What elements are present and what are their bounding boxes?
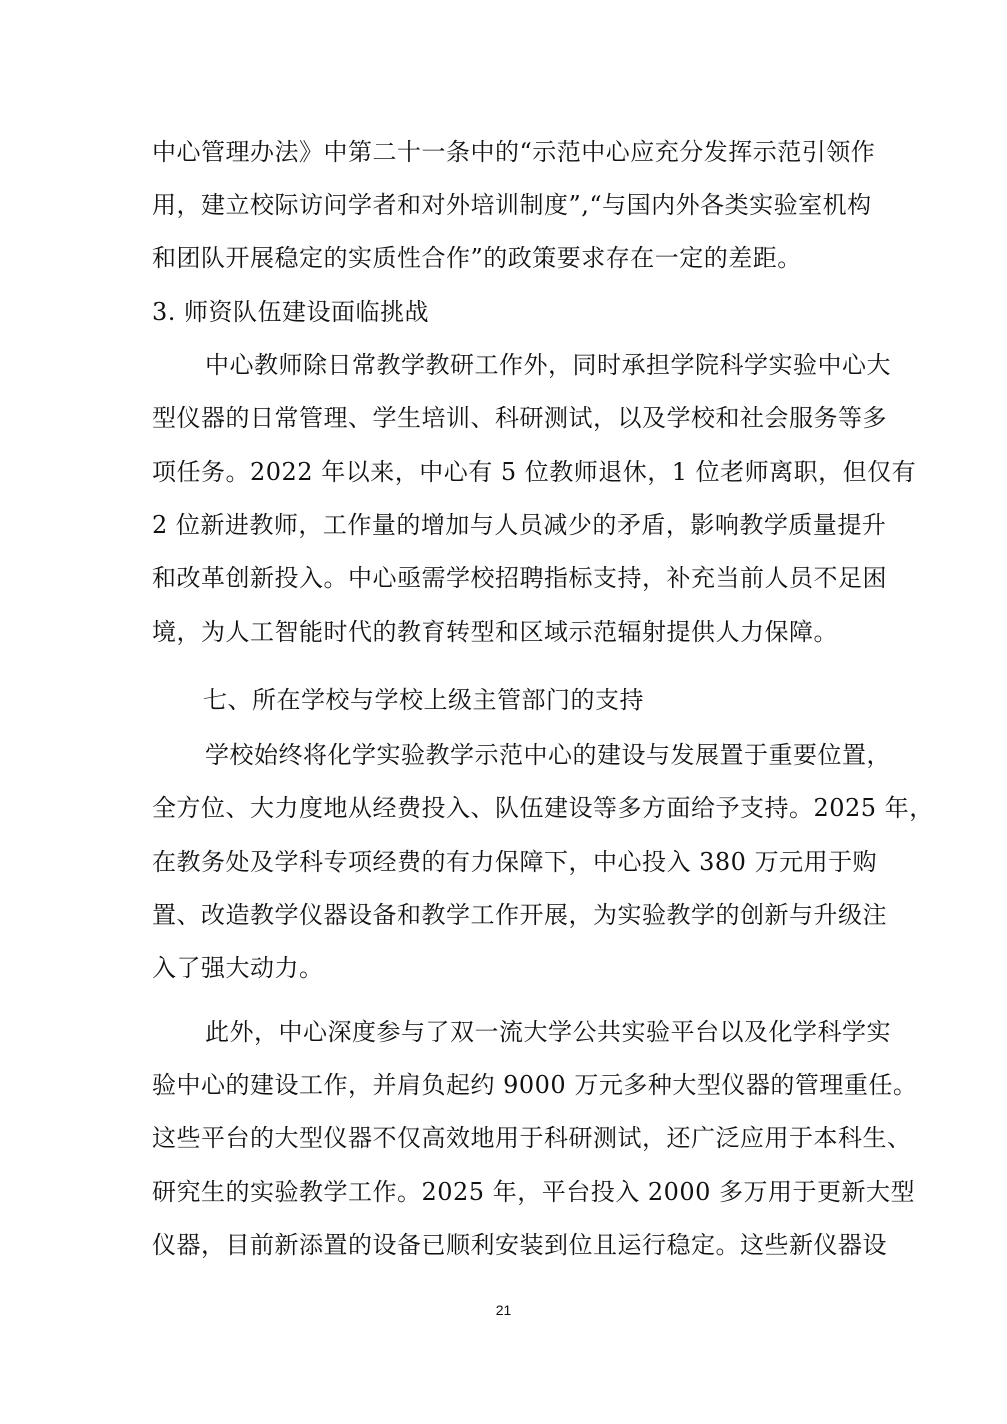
paragraph-line: 中心教师除日常教学教研工作外，同时承担学院科学实验中心大	[205, 347, 854, 383]
section-heading-school-support: 七、所在学校与学校上级主管部门的支持	[203, 681, 644, 719]
paragraph-line: 和改革创新投入。中心亟需学校招聘指标支持，补充当前人员不足困	[152, 560, 854, 596]
paragraph-line: 入了强大动力。	[152, 950, 854, 986]
paragraph-line: 学校始终将化学实验教学示范中心的建设与发展置于重要位置，	[205, 737, 854, 773]
paragraph-line: 置、改造教学仪器设备和教学工作开展，为实验教学的创新与升级注	[152, 897, 854, 933]
paragraph-line: 此外，中心深度参与了双一流大学公共实验平台以及化学科学实	[205, 1014, 854, 1050]
paragraph-line: 2 位新进教师，工作量的增加与人员减少的矛盾，影响教学质量提升	[152, 507, 854, 543]
page-number: 21	[0, 1301, 1007, 1319]
paragraph-line: 项任务。2022 年以来，中心有 5 位教师退休，1 位老师离职，但仅有	[152, 454, 854, 490]
paragraph-line: 型仪器的日常管理、学生培训、科研测试，以及学校和社会服务等多	[152, 400, 854, 436]
paragraph-line: 和团队开展稳定的实质性合作”的政策要求存在一定的差距。	[152, 240, 854, 276]
paragraph-line: 全方位、大力度地从经费投入、队伍建设等多方面给予支持。2025 年，	[152, 790, 854, 826]
paragraph-line: 研究生的实验教学工作。2025 年，平台投入 2000 多万用于更新大型	[152, 1174, 854, 1210]
paragraph-line: 用，建立校际访问学者和对外培训制度”,“与国内外各类实验室机构	[152, 187, 854, 223]
subheading-teacher-team: 3. 师资队伍建设面临挑战	[152, 294, 429, 330]
paragraph-line: 在教务处及学科专项经费的有力保障下，中心投入 380 万元用于购	[152, 844, 854, 880]
paragraph-line: 仪器，目前新添置的设备已顺利安装到位且运行稳定。这些新仪器设	[152, 1227, 854, 1263]
paragraph-line: 这些平台的大型仪器不仅高效地用于科研测试，还广泛应用于本科生、	[152, 1120, 854, 1156]
paragraph-line: 中心管理办法》中第二十一条中的“示范中心应充分发挥示范引领作	[152, 134, 854, 170]
paragraph-line: 境，为人工智能时代的教育转型和区域示范辐射提供人力保障。	[152, 614, 854, 650]
document-page: 中心管理办法》中第二十一条中的“示范中心应充分发挥示范引领作 用，建立校际访问学…	[0, 0, 1007, 1424]
paragraph-line: 验中心的建设工作，并肩负起约 9000 万元多种大型仪器的管理重任。	[152, 1067, 854, 1103]
